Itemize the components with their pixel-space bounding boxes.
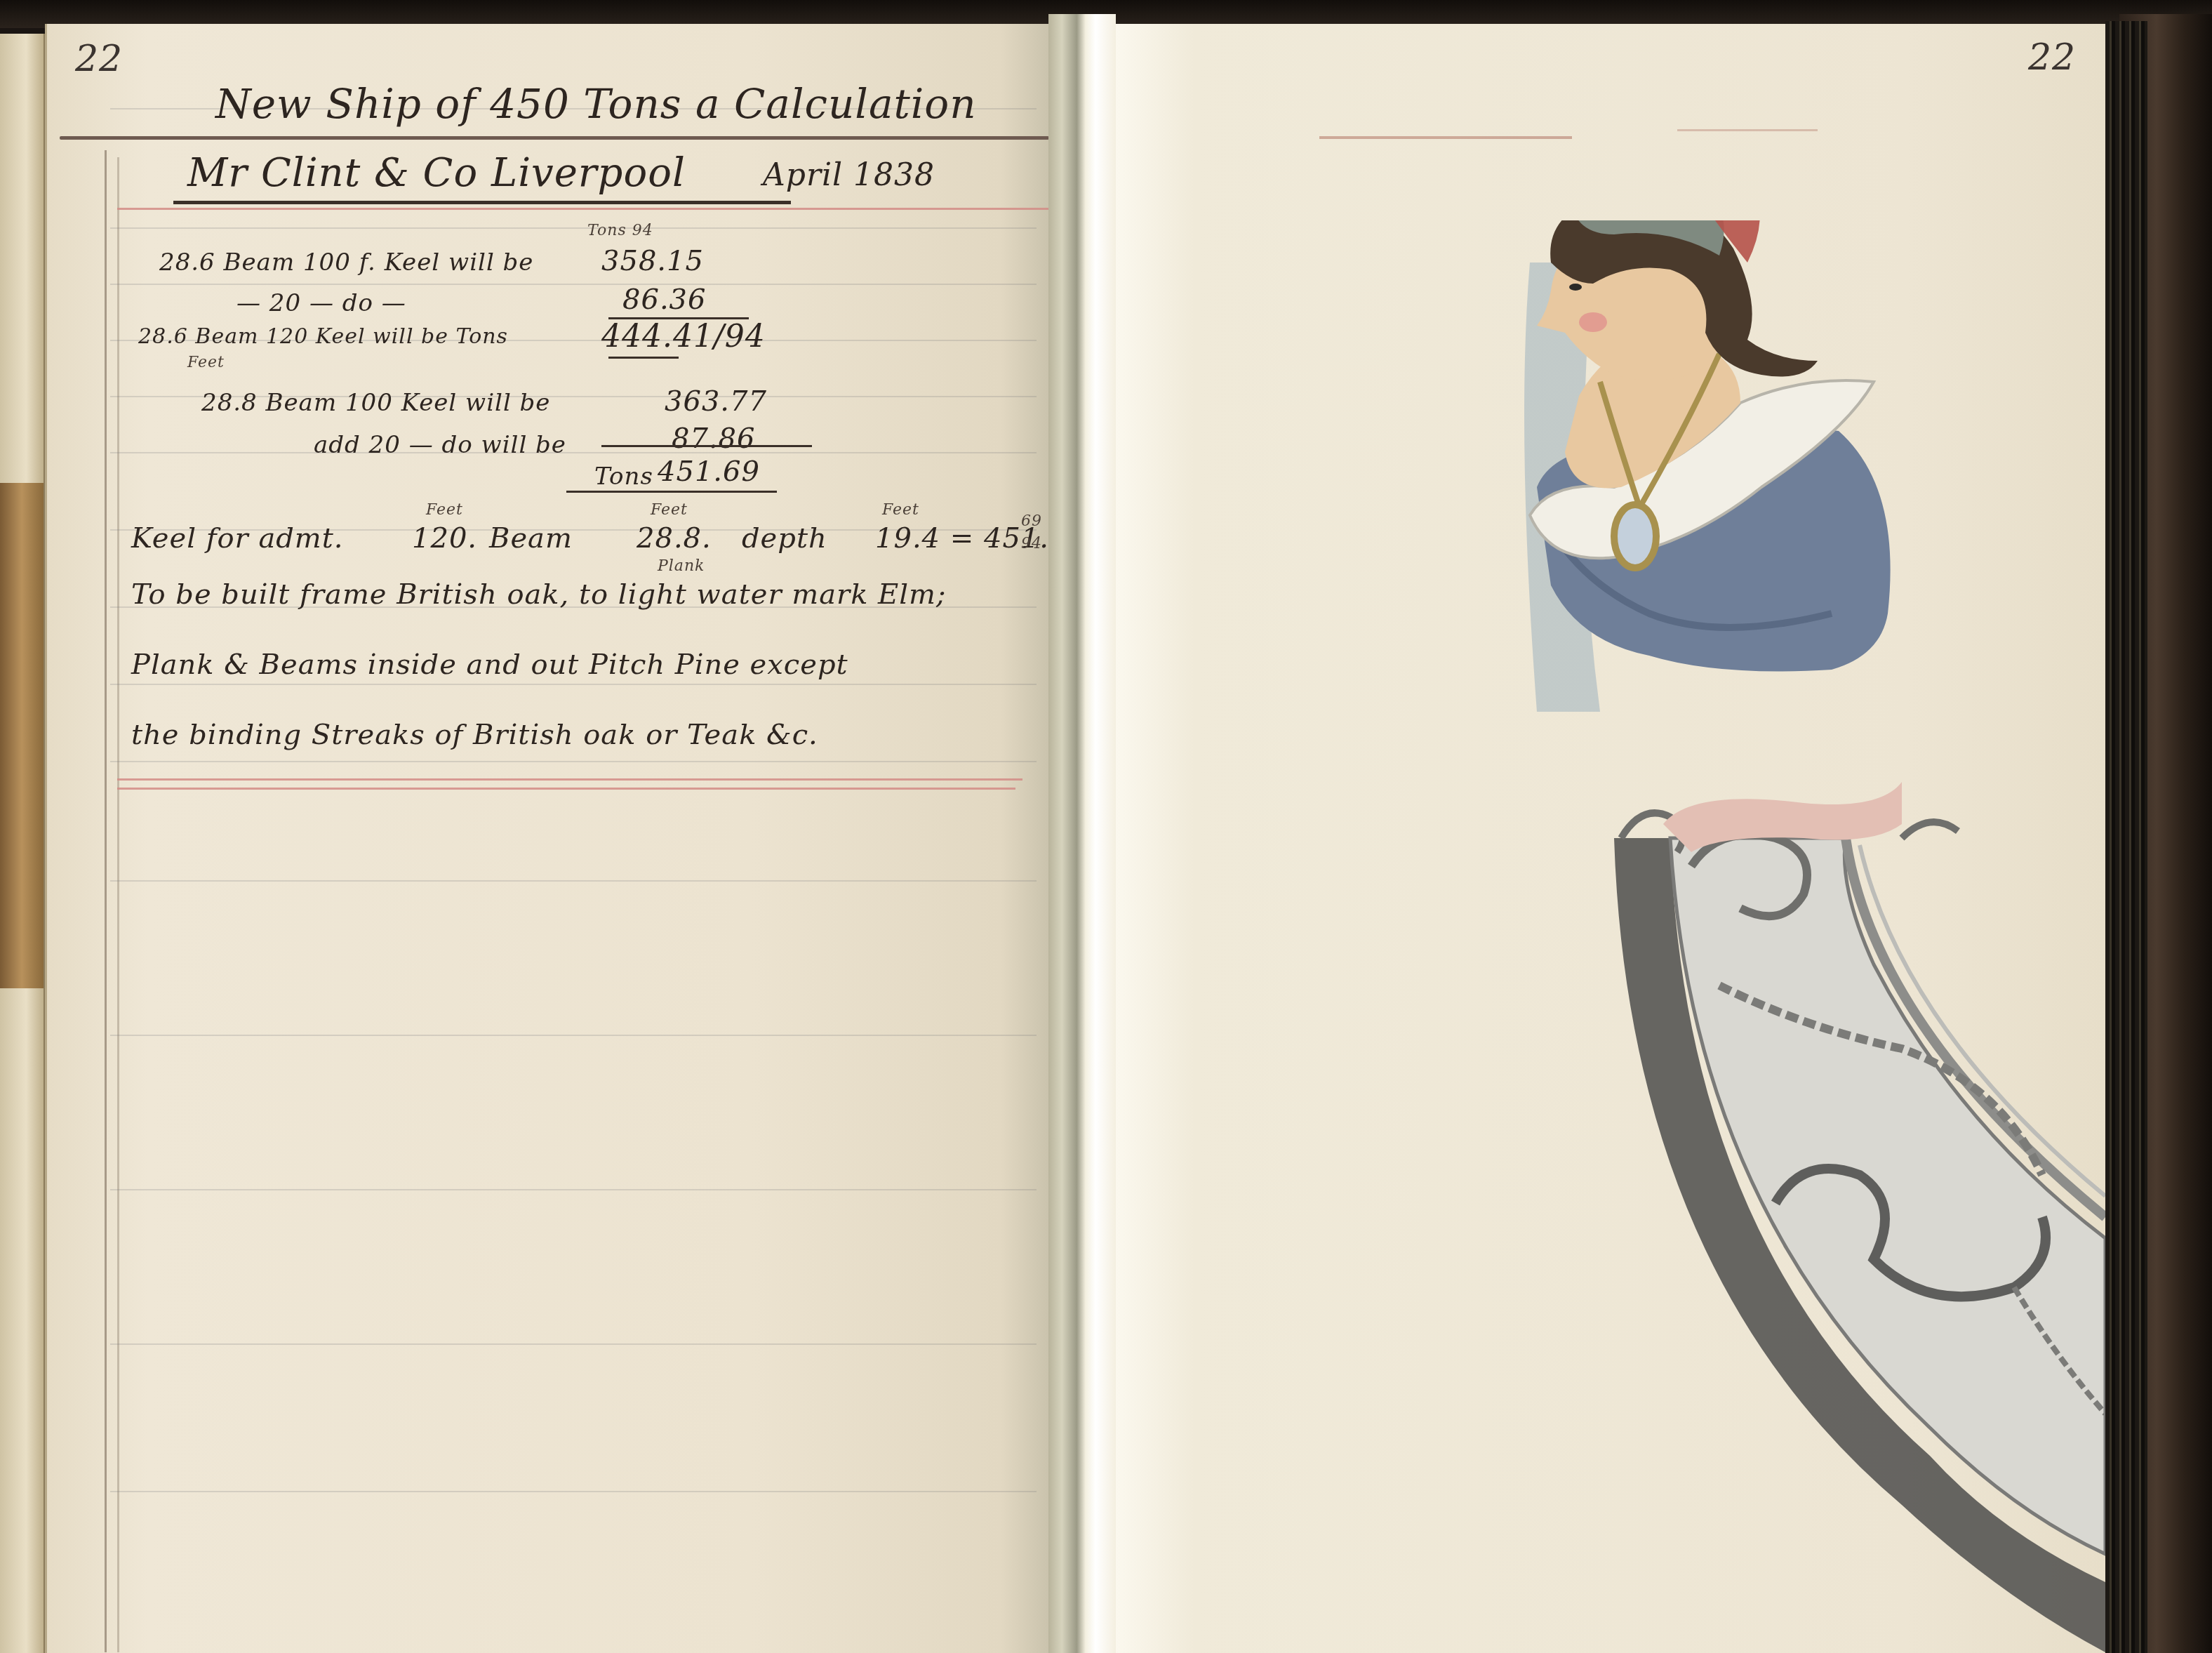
heading-date: April 1838 — [763, 157, 935, 193]
book-gutter — [1048, 14, 1116, 1653]
unit-feet-2: Feet — [651, 501, 688, 519]
figurehead-illustration — [1509, 220, 2105, 1652]
calc-note-tons: Tons 94 — [587, 222, 653, 239]
left-page: 22 New Ship of 450 Tons a Calculation Mr… — [45, 24, 1051, 1653]
previous-page-edge — [0, 34, 45, 1653]
insert-note-plank: Plank — [658, 557, 705, 575]
spec-fraction-num: 69 — [1021, 512, 1042, 530]
unit-feet-3: Feet — [882, 501, 919, 519]
page-stack-edge — [2105, 21, 2147, 1653]
calc-line-1: 28.6 Beam 100 f. Keel will be — [159, 248, 533, 277]
calc-line-6: Tons — [594, 463, 653, 491]
calc-value-1: 358.15 — [601, 245, 704, 277]
red-rule-top — [117, 208, 1051, 210]
spec-depth-label: depth — [742, 522, 827, 555]
unit-feet-1: Feet — [426, 501, 463, 519]
red-rule-bottom-2 — [117, 788, 1015, 790]
spec-line-3: the binding Streaks of British oak or Te… — [131, 719, 818, 751]
spec-line-2: Plank & Beams inside and out Pitch Pine … — [131, 649, 848, 681]
spec-keel-value: 120. — [412, 522, 477, 555]
heading-underline — [173, 201, 791, 204]
red-rule-bottom-1 — [117, 778, 1022, 781]
spec-beam-label: Beam — [489, 522, 573, 555]
calc-line-4: 28.8 Beam 100 Keel will be — [201, 389, 550, 417]
spec-line-1: To be built frame British oak, to light … — [131, 578, 947, 611]
calc-note-feet: Feet — [187, 354, 225, 371]
calc-line-5: add 20 — do will be — [314, 431, 566, 459]
spec-keel-label: Keel for admt. — [131, 522, 344, 555]
spec-fraction-den: 94 — [1021, 535, 1042, 552]
heading-title: New Ship of 450 Tons a Calculation — [215, 80, 977, 128]
page-number-left: 22 — [75, 38, 123, 80]
calc-line-2: — 20 — do — — [236, 289, 406, 317]
margin-rule-inner — [117, 157, 119, 1652]
open-ledger-book: 22 New Ship of 450 Tons a Calculation Mr… — [0, 0, 2212, 1653]
calc-value-3: 444.41/94 — [601, 319, 766, 354]
page-number-right: 22 — [2028, 36, 2076, 79]
margin-rule — [105, 150, 107, 1652]
spec-beam-value: 28.8. — [637, 522, 712, 555]
right-page: 22 — [1116, 24, 2105, 1653]
calc-value-4: 363.77 — [665, 385, 767, 418]
calc-value-6: 451.69 — [658, 456, 760, 488]
heading-divider — [60, 136, 1049, 140]
calc-line-3: 28.6 Beam 120 Keel will be Tons — [138, 324, 508, 349]
calc-value-2: 86.36 — [622, 284, 707, 316]
faint-rule — [1319, 136, 1572, 139]
binding-strip — [0, 483, 44, 988]
heading-name: Mr Clint & Co Liverpool — [187, 150, 686, 196]
calc-value-5: 87.86 — [672, 423, 756, 455]
